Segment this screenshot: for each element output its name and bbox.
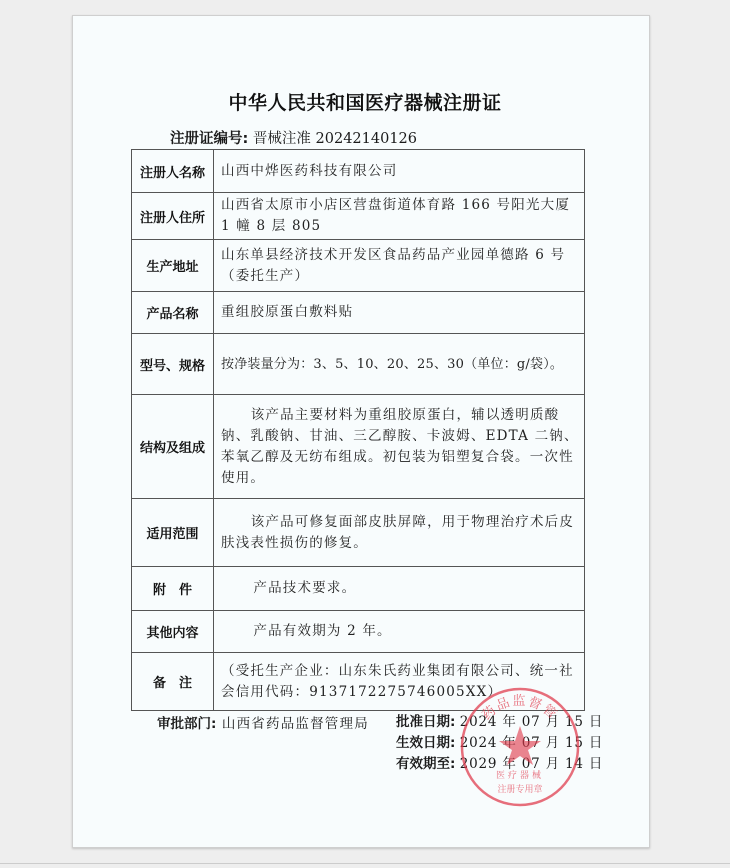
row-value: 按净装量分为：3、5、10、20、25、30（单位：g/袋）。 [214,334,585,395]
row-label: 适用范围 [132,499,214,567]
table-row-production-address: 生产地址 山东单县经济技术开发区食品药品产业园单德路 6 号 （委托生产） [132,240,585,292]
effective-date: 生效日期: 2024 年 07 月 15 日 [396,733,580,754]
cert-number-value: 晋械注准 20242140126 [253,131,417,147]
table-row-model-spec: 型号、规格 按净装量分为：3、5、10、20、25、30（单位：g/袋）。 [132,334,585,395]
row-value: 重组胶原蛋白敷料贴 [214,292,585,334]
row-value: 产品技术要求。 [214,567,585,611]
date-label: 有效期至: [396,756,455,772]
table-row-remarks: 备 注 （受托生产企业：山东朱氏药业集团有限公司、统一社会信用代码：913717… [132,653,585,711]
table-row-attachment: 附 件 产品技术要求。 [132,567,585,611]
row-value: 山东单县经济技术开发区食品药品产业园单德路 6 号 （委托生产） [214,240,585,292]
approval-dept-label: 审批部门: [157,716,216,732]
row-label: 生产地址 [132,240,214,292]
row-label: 附 件 [132,567,214,611]
date-value: 2024 年 07 月 15 日 [460,714,603,730]
date-label: 批准日期: [396,714,455,730]
row-label: 注册人住所 [132,193,214,240]
value-line: 山东单县经济技术开发区食品药品产业园单德路 6 号 [221,245,580,266]
expiry-date: 有效期至: 2029 年 07 月 14 日 [396,754,580,775]
registration-table: 注册人名称 山西中烨医药科技有限公司 注册人住所 山西省太原市小店区营盘街道体育… [131,149,585,711]
date-value: 2024 年 07 月 15 日 [460,735,603,751]
value-line: 山西省太原市小店区营盘街道体育路 166 号阳光大厦 [221,195,580,216]
cert-number-label: 注册证编号: [170,131,248,147]
row-label: 产品名称 [132,292,214,334]
viewer-bottom-divider [0,863,730,864]
approval-date: 批准日期: 2024 年 07 月 15 日 [396,712,580,733]
row-value: 产品有效期为 2 年。 [214,611,585,653]
value-line: （委托生产） [221,266,580,287]
value-paragraph: 产品有效期为 2 年。 [221,621,580,642]
row-label: 结构及组成 [132,395,214,499]
table-row-other: 其他内容 产品有效期为 2 年。 [132,611,585,653]
row-label: 备 注 [132,653,214,711]
approval-dept-value: 山西省药品监督管理局 [222,716,369,732]
value-paragraph: 产品技术要求。 [221,578,580,599]
value-line: 1 幢 8 层 805 [221,216,580,237]
row-label: 其他内容 [132,611,214,653]
value-paragraph: 该产品主要材料为重组胶原蛋白，辅以透明质酸钠、乳酸钠、甘油、三乙醇胺、卡波姆、E… [221,405,580,489]
cert-number: 注册证编号: 晋械注准 20242140126 [170,127,417,148]
row-value: 该产品可修复面部皮肤屏障，用于物理治疗术后皮肤浅表性损伤的修复。 [214,499,585,567]
row-value: 该产品主要材料为重组胶原蛋白，辅以透明质酸钠、乳酸钠、甘油、三乙醇胺、卡波姆、E… [214,395,585,499]
row-value: 山西中烨医药科技有限公司 [214,150,585,193]
table-row-registrant-name: 注册人名称 山西中烨医药科技有限公司 [132,150,585,193]
dates-block: 批准日期: 2024 年 07 月 15 日 生效日期: 2024 年 07 月… [396,712,580,775]
date-label: 生效日期: [396,735,455,751]
document-title: 中华人民共和国医疗器械注册证 [0,88,730,115]
approval-department: 审批部门: 山西省药品监督管理局 [157,712,369,732]
value-paragraph: （受托生产企业：山东朱氏药业集团有限公司、统一社会信用代码：9137172275… [221,661,580,703]
table-row-registrant-address: 注册人住所 山西省太原市小店区营盘街道体育路 166 号阳光大厦 1 幢 8 层… [132,193,585,240]
table-row-product-name: 产品名称 重组胶原蛋白敷料贴 [132,292,585,334]
row-value: （受托生产企业：山东朱氏药业集团有限公司、统一社会信用代码：9137172275… [214,653,585,711]
value-paragraph: 该产品可修复面部皮肤屏障，用于物理治疗术后皮肤浅表性损伤的修复。 [221,512,580,554]
row-label: 注册人名称 [132,150,214,193]
row-value: 山西省太原市小店区营盘街道体育路 166 号阳光大厦 1 幢 8 层 805 [214,193,585,240]
table-row-scope: 适用范围 该产品可修复面部皮肤屏障，用于物理治疗术后皮肤浅表性损伤的修复。 [132,499,585,567]
row-label: 型号、规格 [132,334,214,395]
date-value: 2029 年 07 月 14 日 [460,756,603,772]
table-row-composition: 结构及组成 该产品主要材料为重组胶原蛋白，辅以透明质酸钠、乳酸钠、甘油、三乙醇胺… [132,395,585,499]
